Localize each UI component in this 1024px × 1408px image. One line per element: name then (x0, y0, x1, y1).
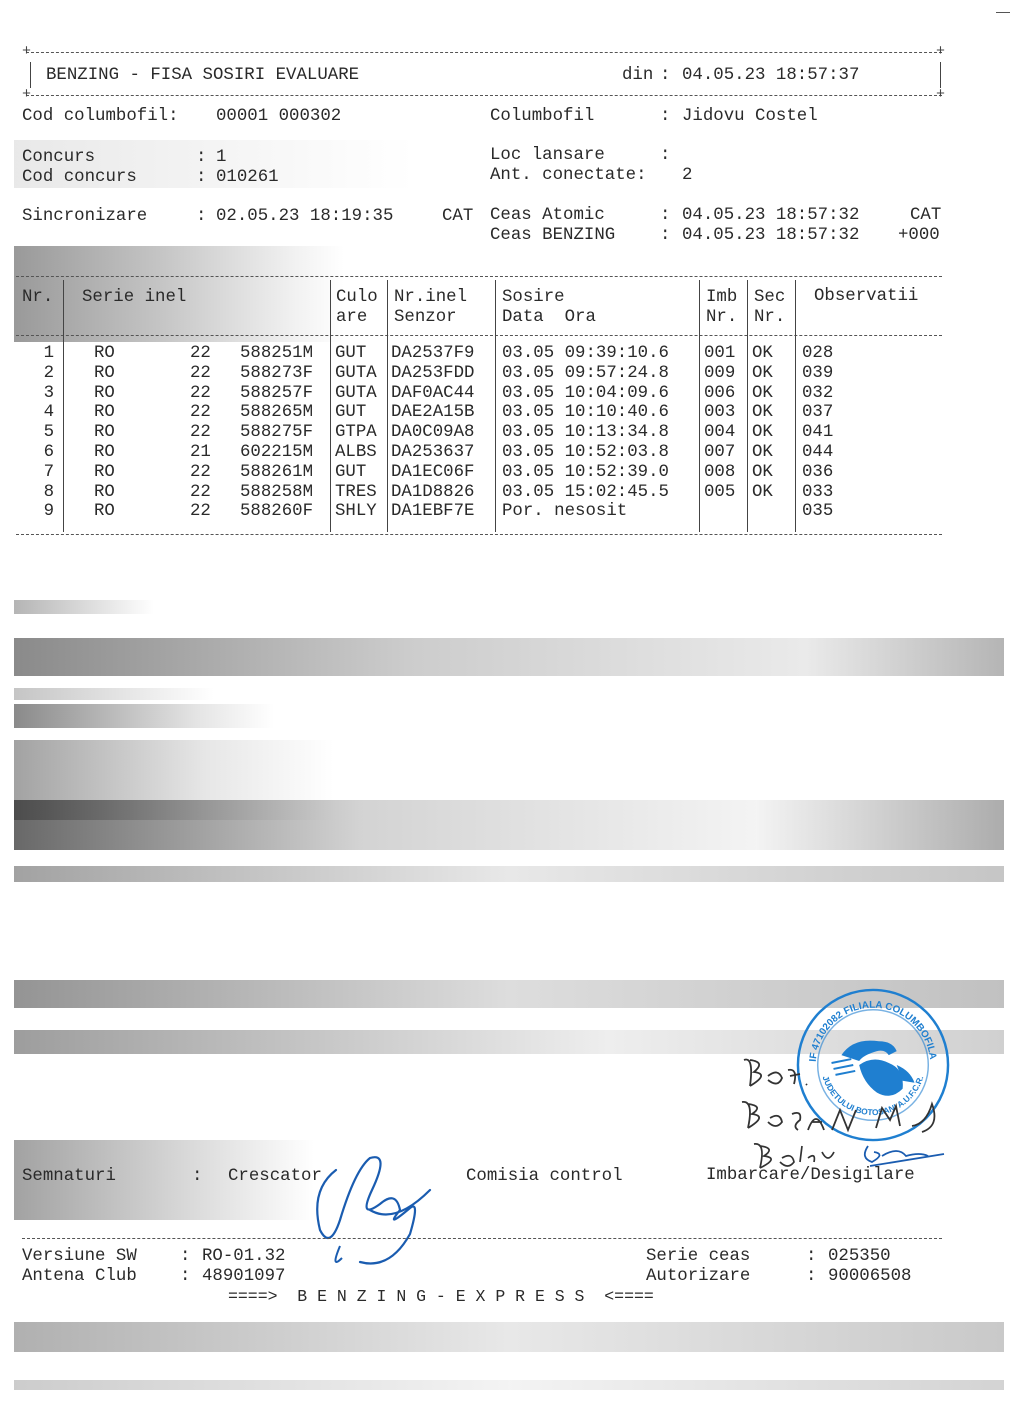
cell-nr: 6 (22, 443, 54, 463)
cell-observatii: 037 (802, 403, 862, 423)
cell-sensor: DA1EC06F (391, 463, 495, 483)
col-header-sec-nr: Nr. (754, 308, 785, 328)
cell-imb: 008 (704, 463, 746, 483)
cell-observatii: 041 (802, 423, 862, 443)
brand-line: ====> B E N Z I N G - E X P R E S S <===… (228, 1287, 654, 1307)
cell-sec: OK (752, 443, 794, 463)
cell-arrival: Por. nesosit (502, 502, 698, 522)
club-stamp-icon: CIF 47102082 FILIALA COLUMBOFILA A JUDET… (794, 986, 952, 1144)
col-header-culoare: Culo (336, 288, 378, 308)
ceas-atomic-value: 04.05.23 18:57:32 (682, 206, 859, 226)
cell-color: GUTA (335, 384, 387, 404)
sincronizare-label: Sincronizare (22, 207, 147, 227)
col-header-serie-inel: Serie inel (82, 288, 186, 308)
cell-observatii: 033 (802, 483, 862, 503)
loc-lansare-label: Loc lansare (490, 146, 605, 166)
cell-color: TRES (335, 483, 387, 503)
concurs-label: Concurs (22, 148, 95, 168)
cell-country: RO (94, 443, 134, 463)
cell-country: RO (94, 384, 134, 404)
cell-imb: 009 (704, 364, 746, 384)
cell-observatii: 039 (802, 364, 862, 384)
cell-country: RO (94, 403, 134, 423)
comisia-control-label: Comisia control (466, 1167, 623, 1187)
cod-concurs-value: 010261 (216, 168, 279, 188)
cell-ring: 588275F (240, 423, 328, 443)
cell-sec: OK (752, 483, 794, 503)
cell-year: 22 (190, 384, 220, 404)
col-header-imb: Imb (706, 288, 737, 308)
cell-sensor: DA1D8826 (391, 483, 495, 503)
cell-sec: OK (752, 344, 794, 364)
cell-nr: 2 (22, 364, 54, 384)
cell-country: RO (94, 344, 134, 364)
cell-country: RO (94, 364, 134, 384)
col-header-sosire: Sosire (502, 288, 565, 308)
cell-color: GUT (335, 344, 387, 364)
cell-ring: 602215M (240, 443, 328, 463)
antena-club-value: 48901097 (202, 1267, 286, 1287)
cell-nr: 5 (22, 423, 54, 443)
cell-country: RO (94, 423, 134, 443)
cell-sensor: DA2537F9 (391, 344, 495, 364)
cell-country: RO (94, 502, 134, 522)
cell-ring: 588273F (240, 364, 328, 384)
cell-imb: 005 (704, 483, 746, 503)
cell-ring: 588257F (240, 384, 328, 404)
cell-arrival: 03.05 10:52:03.8 (502, 443, 698, 463)
cell-imb: 007 (704, 443, 746, 463)
ceas-atomic-tz: CAT (910, 206, 941, 226)
cell-sensor: DA0C09A8 (391, 423, 495, 443)
cell-year: 22 (190, 483, 220, 503)
versiune-sw-label: Versiune SW (22, 1247, 137, 1267)
cell-year: 22 (190, 403, 220, 423)
col-header-nr: Nr. (22, 288, 53, 308)
ceas-benzing-offset: +000 (898, 226, 940, 246)
cell-sensor: DAE2A15B (391, 403, 495, 423)
print-date-label: din (622, 66, 653, 86)
cell-color: ALBS (335, 443, 387, 463)
cell-year: 22 (190, 423, 220, 443)
ant-conectate-label: Ant. conectate: (490, 166, 647, 186)
cell-observatii: 036 (802, 463, 862, 483)
versiune-sw-value: RO-01.32 (202, 1247, 286, 1267)
cell-arrival: 03.05 10:13:34.8 (502, 423, 698, 443)
concurs-value: 1 (216, 148, 226, 168)
cell-country: RO (94, 463, 134, 483)
cell-sensor: DA1EBF7E (391, 502, 495, 522)
cell-color: GUTA (335, 364, 387, 384)
col-header-observatii: Observatii (814, 287, 918, 307)
cell-imb: 003 (704, 403, 746, 423)
antena-club-label: Antena Club (22, 1267, 137, 1287)
cell-nr: 8 (22, 483, 54, 503)
cell-sec: OK (752, 403, 794, 423)
cell-imb: 006 (704, 384, 746, 404)
cod-columbofil-value: 00001 000302 (216, 107, 341, 127)
col-header-nr-inel: Nr.inel (394, 288, 467, 308)
cell-sec: OK (752, 364, 794, 384)
cell-sensor: DA253FDD (391, 364, 495, 384)
cell-nr: 3 (22, 384, 54, 404)
cell-observatii: 032 (802, 384, 862, 404)
col-header-data-ora: Data Ora (502, 308, 596, 328)
cell-arrival: 03.05 15:02:45.5 (502, 483, 698, 503)
cell-year: 22 (190, 344, 220, 364)
cell-country: RO (94, 483, 134, 503)
columbofil-value: Jidovu Costel (682, 107, 818, 127)
ceas-benzing-label: Ceas BENZING (490, 226, 615, 246)
cell-ring: 588251M (240, 344, 328, 364)
autorizare-label: Autorizare (646, 1267, 750, 1287)
sincronizare-tz: CAT (442, 207, 473, 227)
cell-color: GTPA (335, 423, 387, 443)
col-header-imb-nr: Nr. (706, 308, 737, 328)
corner-mark (996, 12, 1010, 13)
cell-year: 22 (190, 502, 220, 522)
cell-sensor: DAF0AC44 (391, 384, 495, 404)
ceas-benzing-value: 04.05.23 18:57:32 (682, 226, 859, 246)
cell-color: GUT (335, 463, 387, 483)
sincronizare-value: 02.05.23 18:19:35 (216, 207, 393, 227)
columbofil-label: Columbofil (490, 107, 594, 127)
cell-ring: 588261M (240, 463, 328, 483)
cell-observatii: 035 (802, 502, 862, 522)
col-header-culoare-2: are (336, 308, 367, 328)
cell-nr: 1 (22, 344, 54, 364)
cell-observatii: 044 (802, 443, 862, 463)
cell-ring: 588260F (240, 502, 328, 522)
cell-arrival: 03.05 10:10:40.6 (502, 403, 698, 423)
cod-concurs-label: Cod concurs (22, 168, 137, 188)
cell-year: 21 (190, 443, 220, 463)
ant-conectate-value: 2 (682, 166, 692, 186)
cell-arrival: 03.05 10:04:09.6 (502, 384, 698, 404)
cell-sec: OK (752, 463, 794, 483)
cell-ring: 588258M (240, 483, 328, 503)
cell-nr: 9 (22, 502, 54, 522)
semnaturi-label: Semnaturi (22, 1167, 116, 1187)
cell-imb: 004 (704, 423, 746, 443)
cell-year: 22 (190, 463, 220, 483)
cell-arrival: 03.05 09:57:24.8 (502, 364, 698, 384)
serie-ceas-label: Serie ceas (646, 1247, 750, 1267)
cell-arrival: 03.05 10:52:39.0 (502, 463, 698, 483)
cell-color: SHLY (335, 502, 387, 522)
cell-imb: 001 (704, 344, 746, 364)
cell-year: 22 (190, 364, 220, 384)
imbarcare-desigilare-label: Imbarcare/Desigilare (706, 1166, 915, 1186)
print-date-colon: : (660, 66, 670, 86)
cell-nr: 4 (22, 403, 54, 423)
crescator-label: Crescator (228, 1167, 322, 1187)
document-title: BENZING - FISA SOSIRI EVALUARE (46, 66, 359, 86)
ceas-atomic-label: Ceas Atomic (490, 206, 605, 226)
col-header-senzor: Senzor (394, 308, 457, 328)
cell-sensor: DA253637 (391, 443, 495, 463)
cell-arrival: 03.05 09:39:10.6 (502, 344, 698, 364)
cell-ring: 588265M (240, 403, 328, 423)
cell-nr: 7 (22, 463, 54, 483)
cod-columbofil-label: Cod columbofil: (22, 107, 179, 127)
cell-sec: OK (752, 423, 794, 443)
serie-ceas-value: 025350 (828, 1247, 891, 1267)
cell-color: GUT (335, 403, 387, 423)
print-date-value: 04.05.23 18:57:37 (682, 66, 859, 86)
autorizare-value: 90006508 (828, 1267, 912, 1287)
cell-observatii: 028 (802, 344, 862, 364)
cell-sec: OK (752, 384, 794, 404)
col-header-sec: Sec (754, 288, 785, 308)
